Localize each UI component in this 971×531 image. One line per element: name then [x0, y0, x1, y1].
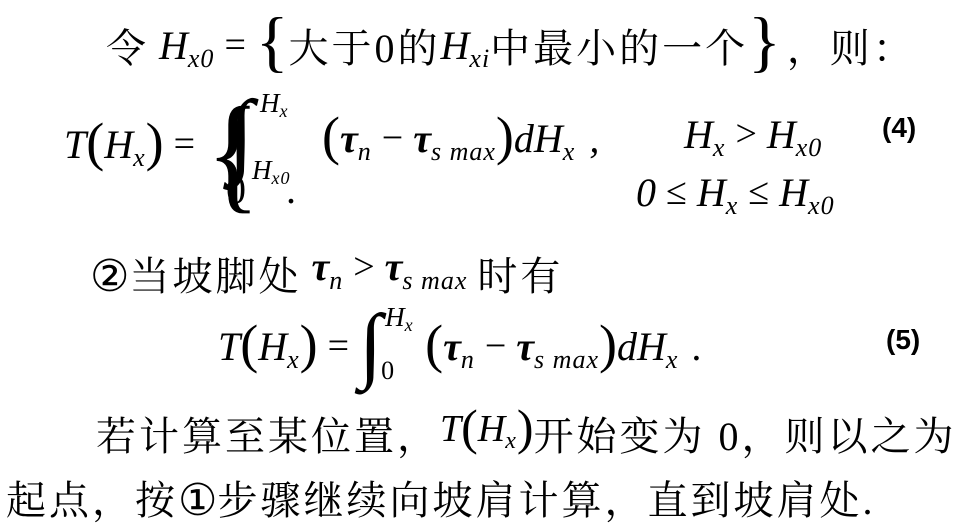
closing-text-a: 若计算至某位置，: [96, 405, 440, 462]
equation-4: T ( H x ) = { ∫ Hx Hx0 ( τ n − τ s max )…: [0, 90, 971, 222]
math-sub-x0: x0: [188, 44, 215, 74]
math-sub-x: x: [280, 101, 289, 122]
math-var-H: H: [260, 88, 280, 119]
math-var-T: T: [440, 407, 461, 451]
math-sub-x: x: [405, 315, 414, 336]
equation-label-5: (5): [886, 324, 920, 356]
math-var-H: H: [779, 169, 808, 216]
closing-text-d: 步骤继续向坡肩计算，直到坡肩处.: [217, 469, 875, 526]
integral-upper-limit: Hx: [260, 88, 289, 119]
math-var-d: d: [617, 323, 637, 370]
math-var-H: H: [385, 302, 405, 333]
math-var-T: T: [64, 121, 86, 168]
math-var-H: H: [697, 169, 726, 216]
less-equal-sign: ≤: [748, 170, 769, 214]
integral-upper-limit: Hx: [385, 302, 414, 333]
left-paren: (: [86, 115, 104, 169]
math-var-H: H: [637, 323, 666, 370]
right-paren: ): [599, 317, 617, 371]
math-var-H: H: [534, 115, 563, 162]
circled-1-marker: ①: [178, 475, 217, 526]
math-sub-x: x: [666, 345, 679, 375]
math-zero: 0: [636, 169, 656, 216]
comma: ,: [589, 115, 599, 162]
math-sub-smax: s max: [431, 137, 496, 167]
math-var-d: d: [514, 115, 534, 162]
math-var-H: H: [258, 323, 287, 370]
math-sub-n: n: [358, 137, 372, 167]
minus-sign: −: [382, 116, 403, 160]
case-2-period: .: [286, 166, 296, 213]
equals-sign: =: [328, 324, 349, 368]
equation-4-condition-1: H x > H x0: [684, 106, 822, 162]
math-sub-x: x: [133, 143, 146, 173]
integral-lower-limit: 0: [381, 356, 394, 386]
inline-T-Hx: T ( H x ): [440, 404, 534, 454]
math-var-H: H: [252, 155, 272, 186]
left-brace: {: [256, 7, 289, 75]
integral-icon: ∫: [359, 298, 382, 392]
equation-label-4: (4): [882, 112, 916, 144]
equation-4-lhs: T ( H x ) =: [64, 112, 205, 176]
step2-before-text: 当坡脚处: [129, 245, 301, 302]
right-paren: ): [146, 115, 164, 169]
left-paren: (: [461, 402, 478, 452]
equals-sign: =: [174, 122, 195, 166]
greater-than-sign: >: [735, 112, 756, 156]
greater-than-sign: >: [353, 245, 374, 289]
closing-text-b: 开始变为 0，则以之为: [534, 405, 957, 462]
math-sub-x0: x0: [808, 191, 835, 221]
equals-sign: =: [224, 23, 245, 67]
less-equal-sign: ≤: [666, 170, 687, 214]
math-var-H: H: [684, 111, 713, 158]
left-paren: (: [322, 109, 340, 163]
tau-inequality: τ n > τ s max: [311, 243, 467, 290]
math-sub-smax: s max: [402, 266, 467, 296]
math-sub-xi: xi: [469, 44, 490, 74]
left-paren: (: [425, 317, 443, 371]
math-sub-x: x: [563, 137, 576, 167]
equation-5-body: T ( H x ) = ∫ Hx 0 ( τ n − τ s max ) d H…: [218, 304, 702, 388]
math-var-H: H: [441, 22, 470, 69]
equation-4-case-1: ∫ Hx Hx0 ( τ n − τ s max ) d H x ,: [228, 90, 599, 186]
math-var-tau: τ: [385, 243, 403, 290]
math-sub-x0: x0: [796, 133, 823, 163]
intro-line: 令 H x0 = { 大于0的 H xi 中最小的一个 } ，则：: [106, 12, 916, 78]
right-paren: ): [496, 109, 514, 163]
left-paren: (: [240, 317, 258, 371]
period: .: [692, 323, 702, 370]
closing-line-1: 若计算至某位置， T ( H x ) 开始变为 0，则以之为: [96, 394, 957, 462]
case-2-zero: 0: [226, 166, 246, 213]
intro-inside-right-text: 中最小的一个: [490, 17, 748, 74]
minus-sign: −: [485, 324, 506, 368]
circled-2-marker: ②: [90, 251, 129, 302]
intro-inside-left-text: 大于0的: [289, 17, 441, 74]
math-sub-x: x: [287, 345, 300, 375]
math-var-T: T: [218, 323, 240, 370]
right-paren: ): [517, 402, 534, 452]
intro-tail-text: ，则：: [787, 17, 916, 74]
math-sub-smax: s max: [534, 345, 599, 375]
step2-line: ② 当坡脚处 τ n > τ s max 时有: [90, 236, 563, 302]
closing-line-2: 起点，按 ① 步骤继续向坡肩计算，直到坡肩处.: [6, 460, 875, 526]
math-sub-n: n: [461, 345, 475, 375]
math-var-H: H: [767, 111, 796, 158]
integral-lower-limit: Hx0: [252, 155, 291, 186]
equation-5: T ( H x ) = ∫ Hx 0 ( τ n − τ s max ) d H…: [0, 304, 971, 392]
step2-after-text: 时有: [477, 245, 563, 302]
integral-eq5: ∫ Hx 0: [359, 304, 425, 388]
math-sub-x: x: [505, 428, 517, 455]
math-sub-n: n: [329, 266, 343, 296]
document-page: 令 H x0 = { 大于0的 H xi 中最小的一个 } ，则： T ( H …: [0, 0, 971, 531]
math-var-tau: τ: [413, 115, 431, 162]
math-var-tau: τ: [443, 323, 461, 370]
closing-text-c: 起点，按: [6, 469, 178, 526]
math-var-tau: τ: [311, 243, 329, 290]
math-sub-x: x: [726, 191, 739, 221]
math-var-H: H: [478, 407, 505, 451]
math-var-tau: τ: [340, 115, 358, 162]
math-var-H: H: [159, 22, 188, 69]
intro-lead-text: 令: [106, 17, 149, 74]
equation-4-condition-2: 0 ≤ H x ≤ H x0: [636, 166, 835, 218]
right-paren: ): [300, 317, 318, 371]
math-sub-x: x: [713, 133, 726, 163]
right-brace: }: [748, 7, 781, 75]
math-var-H: H: [104, 121, 133, 168]
math-var-tau: τ: [516, 323, 534, 370]
